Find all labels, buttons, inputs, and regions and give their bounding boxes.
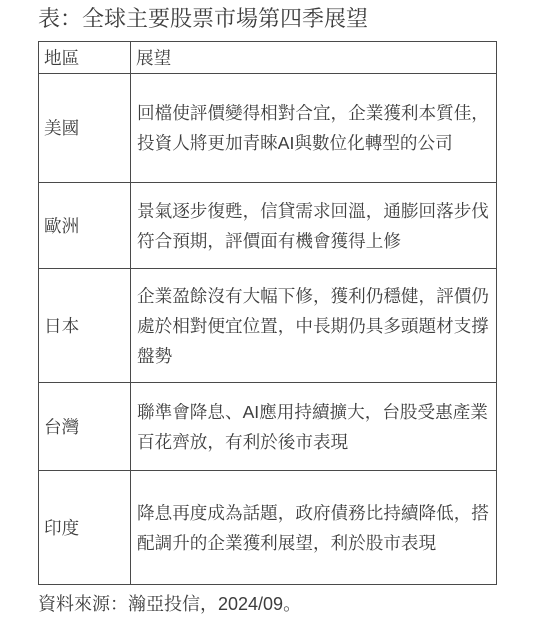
table-title: 表：全球主要股票市場第四季展望: [38, 6, 537, 32]
table-header-row: 地區 展望: [39, 42, 497, 74]
region-cell-us: 美國: [39, 74, 131, 183]
outlook-cell-japan: 企業盈餘沒有大幅下修，獲利仍穩健，評價仍處於相對便宜位置，中長期仍具多頭題材支撐…: [131, 269, 497, 383]
region-cell-europe: 歐洲: [39, 183, 131, 269]
outlook-cell-taiwan: 聯準會降息、AI應用持續擴大，台股受惠產業百花齊放，有利於後市表現: [131, 383, 497, 471]
outlook-cell-us: 回檔使評價變得相對合宜，企業獲利本質佳，投資人將更加青睞AI與數位化轉型的公司: [131, 74, 497, 183]
region-cell-japan: 日本: [39, 269, 131, 383]
region-cell-india: 印度: [39, 471, 131, 585]
column-header-outlook: 展望: [131, 42, 497, 74]
page: 表：全球主要股票市場第四季展望 地區 展望 美國 回檔使評價變得相對合宜，企業獲…: [0, 0, 537, 628]
data-source-note: 資料來源：瀚亞投信，2024/09。: [38, 592, 537, 616]
table-row-india: 印度 降息再度成為話題，政府債務比持續降低，搭配調升的企業獲利展望，利於股市表現: [39, 471, 497, 585]
table-row-taiwan: 台灣 聯準會降息、AI應用持續擴大，台股受惠產業百花齊放，有利於後市表現: [39, 383, 497, 471]
outlook-cell-india: 降息再度成為話題，政府債務比持續降低，搭配調升的企業獲利展望，利於股市表現: [131, 471, 497, 585]
column-header-region: 地區: [39, 42, 131, 74]
outlook-cell-europe: 景氣逐步復甦，信貸需求回溫，通膨回落步伐符合預期，評價面有機會獲得上修: [131, 183, 497, 269]
market-outlook-table: 地區 展望 美國 回檔使評價變得相對合宜，企業獲利本質佳，投資人將更加青睞AI與…: [38, 41, 497, 585]
table-row-europe: 歐洲 景氣逐步復甦，信貸需求回溫，通膨回落步伐符合預期，評價面有機會獲得上修: [39, 183, 497, 269]
table-row-us: 美國 回檔使評價變得相對合宜，企業獲利本質佳，投資人將更加青睞AI與數位化轉型的…: [39, 74, 497, 183]
region-cell-taiwan: 台灣: [39, 383, 131, 471]
table-row-japan: 日本 企業盈餘沒有大幅下修，獲利仍穩健，評價仍處於相對便宜位置，中長期仍具多頭題…: [39, 269, 497, 383]
